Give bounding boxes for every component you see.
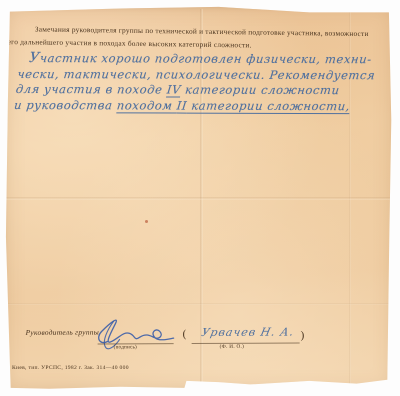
signature-caption: (подпись) [114, 344, 137, 350]
horizontal-fold-crease [6, 197, 396, 200]
horizontal-fold-crease-lower [6, 303, 396, 305]
name-paren-open: ( [183, 328, 187, 340]
name-line [192, 342, 300, 344]
handwritten-name: Урвачев Н. А. [200, 325, 295, 338]
name-caption: (Ф. И. О.) [220, 344, 245, 350]
print-shop-imprint: Киев, тип. УРСПС, 1982 г. Зак. 314—40 00… [12, 365, 129, 371]
handwritten-line-3: для участия в походе IV категории сложно… [15, 82, 383, 99]
role-label: Руководитель группы [26, 328, 100, 337]
paper-stain-speck [145, 220, 148, 223]
paper-sheet: Замечания руководителя группы по техниче… [2, 3, 396, 393]
signature-row: Руководитель группы (подпись) ( Урвачев … [2, 2, 396, 64]
name-paren-close: ) [301, 329, 305, 341]
scanned-document: Замечания руководителя группы по техниче… [0, 0, 400, 396]
handwritten-line-4: и руководства походом II категории сложн… [13, 97, 381, 114]
handwritten-line-2: чески, тактически, психологически. Реком… [17, 66, 385, 83]
